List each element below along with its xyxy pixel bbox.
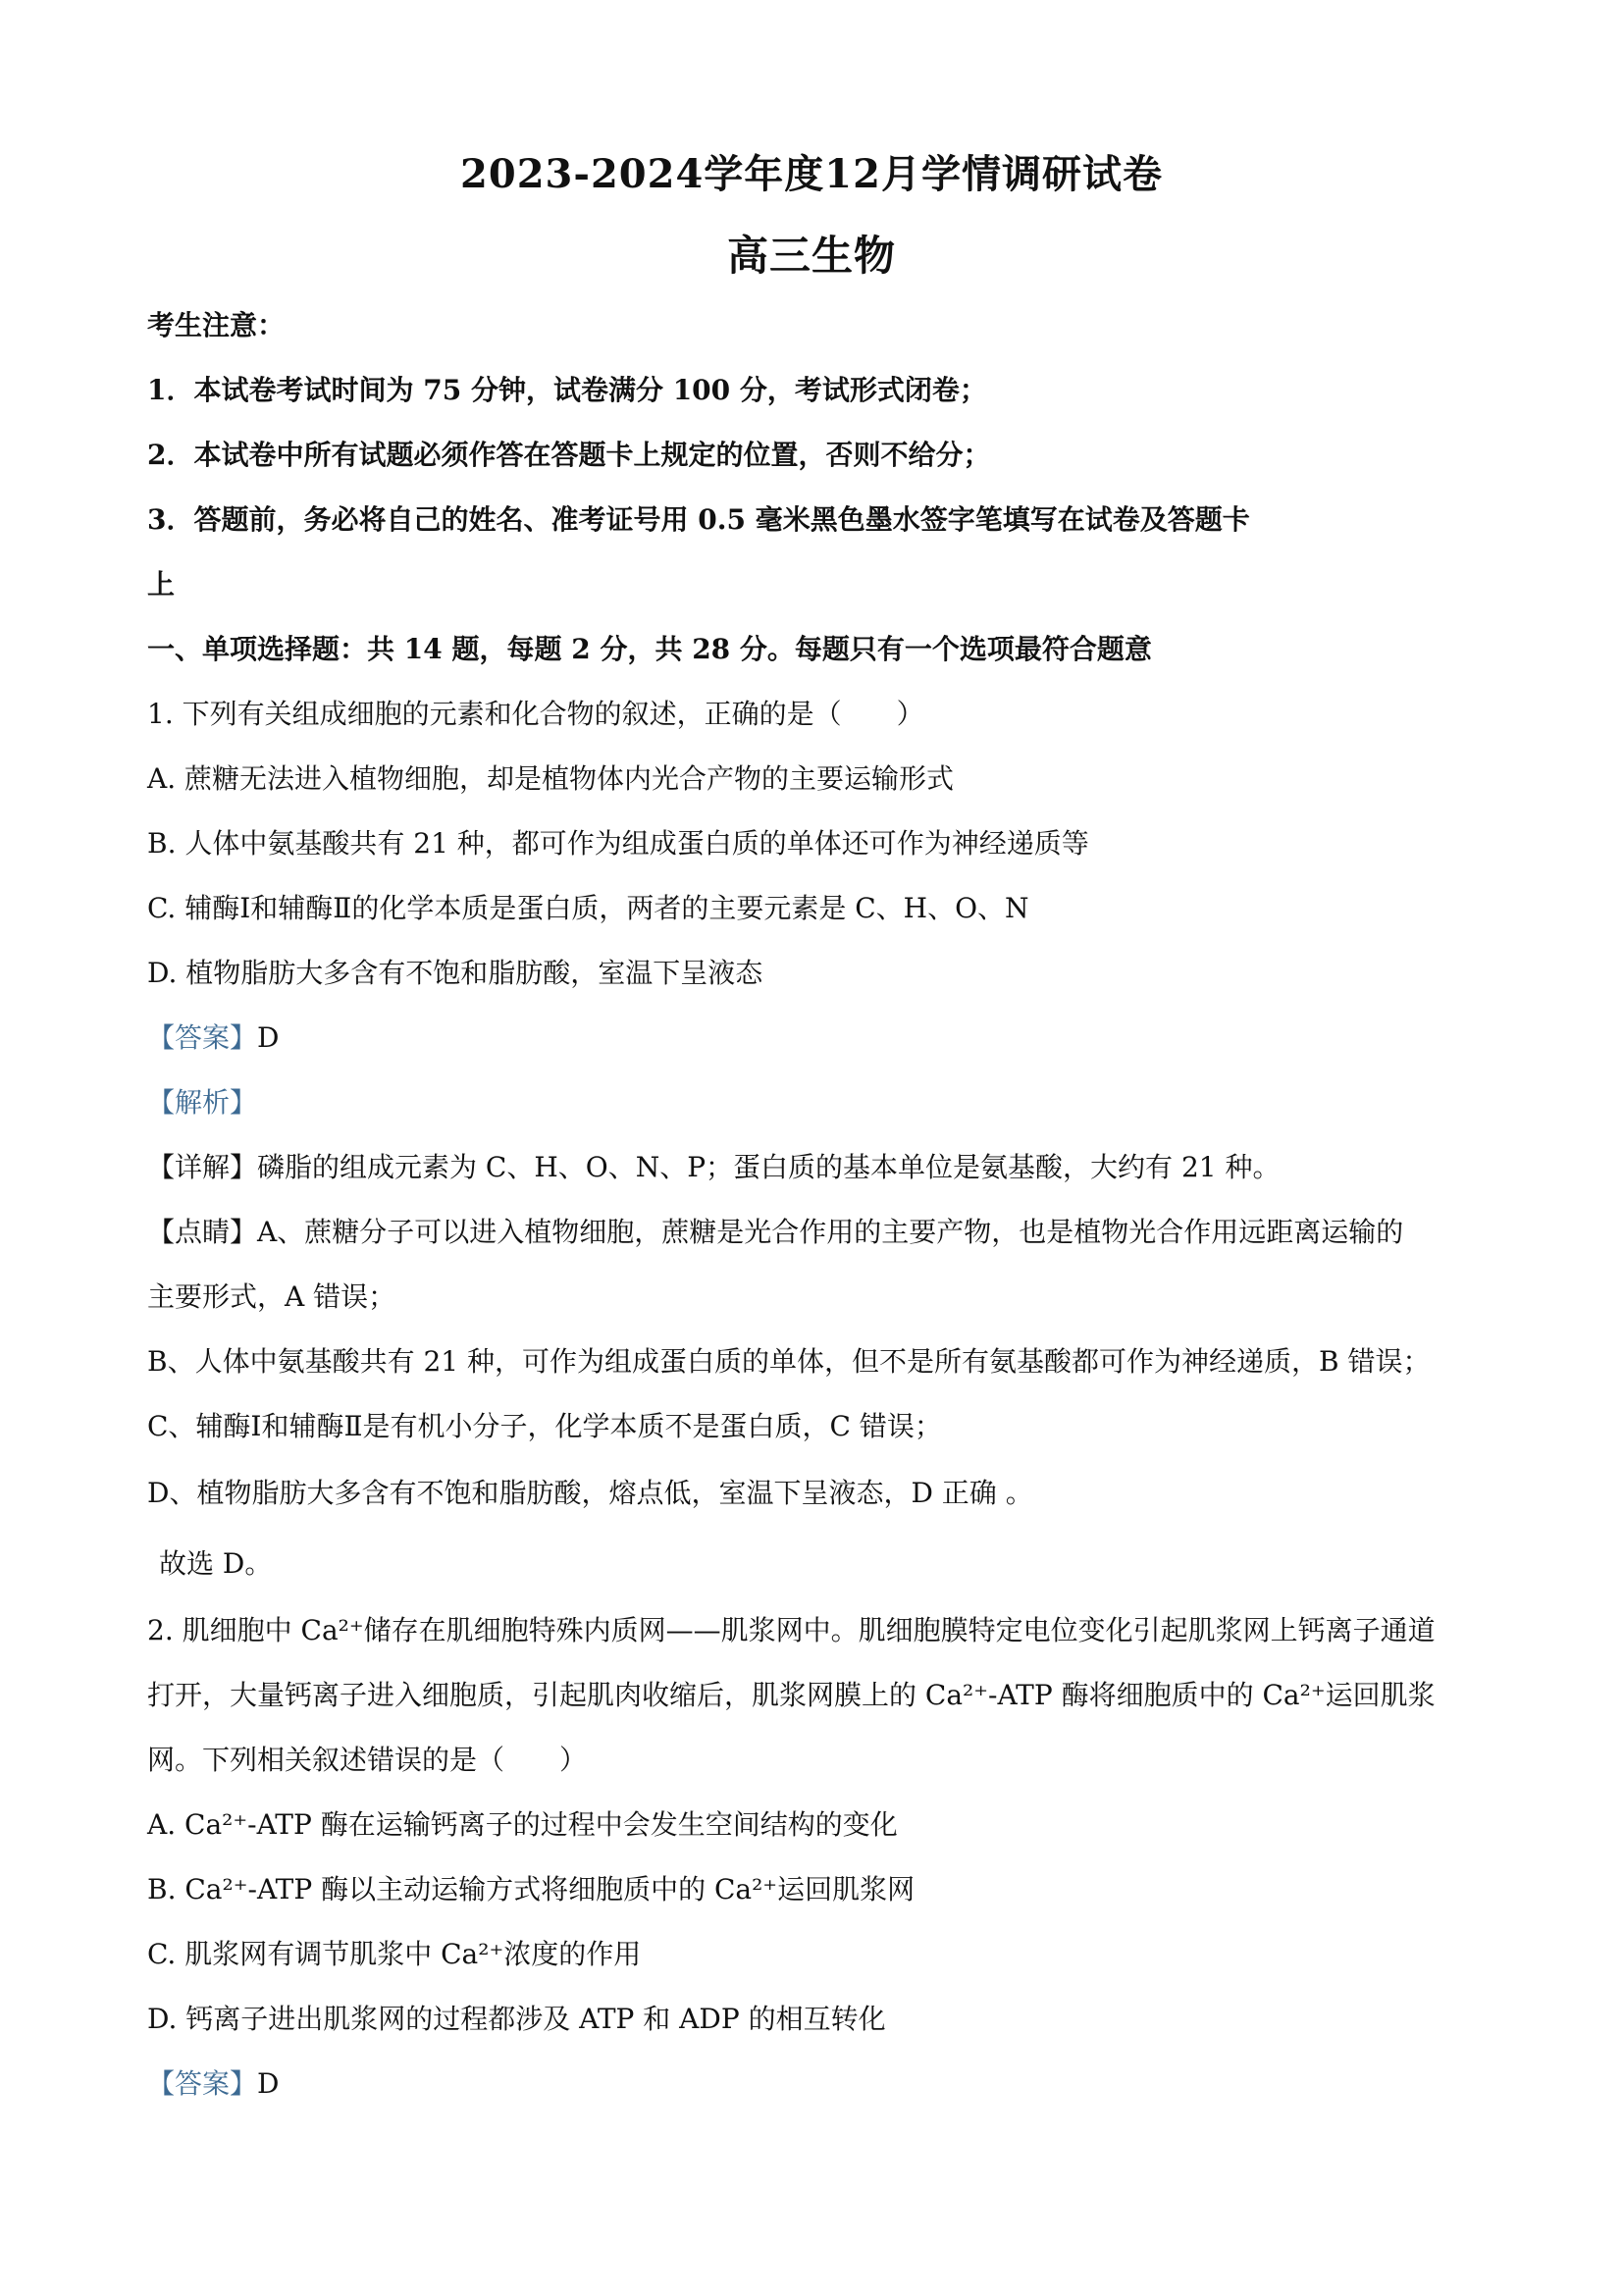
question-2-option-d: D. 钙离子进出肌浆网的过程都涉及 ATP 和 ADP 的相互转化 xyxy=(147,2000,886,2039)
question-1-option-b: B. 人体中氨基酸共有 21 种，都可作为组成蛋白质的单体还可作为神经递质等 xyxy=(147,824,1089,863)
comment-label: 【点睛】 xyxy=(147,1216,257,1248)
notice-item-2: 2．本试卷中所有试题必须作答在答题卡上规定的位置，否则不给分； xyxy=(147,436,991,475)
question-1-option-a: A. 蔗糖无法进入植物细胞，却是植物体内光合产物的主要运输形式 xyxy=(147,759,954,799)
question-1-option-d: D. 植物脂肪大多含有不饱和脂肪酸，室温下呈液态 xyxy=(147,954,762,993)
answer-label: 【答案】 xyxy=(147,1021,257,1054)
notice-heading: 考生注意： xyxy=(147,306,285,345)
question-1-comment: 【点睛】A、蔗糖分子可以进入植物细胞，蔗糖是光合作用的主要产物，也是植物光合作用… xyxy=(147,1213,1403,1252)
question-1-detail: 【详解】磷脂的组成元素为 C、H、O、N、P；蛋白质的基本单位是氨基酸，大约有 … xyxy=(147,1148,1281,1187)
question-1-comment-line-3: B、人体中氨基酸共有 21 种，可作为组成蛋白质的单体，但不是所有氨基酸都可作为… xyxy=(147,1342,1431,1382)
detail-text: 磷脂的组成元素为 C、H、O、N、P；蛋白质的基本单位是氨基酸，大约有 21 种… xyxy=(257,1151,1280,1183)
question-2-stem-line-3: 网。下列相关叙述错误的是（ ） xyxy=(147,1741,587,1780)
notice-item-3-cont: 上 xyxy=(147,565,175,604)
question-1-answer: 【答案】D xyxy=(147,1018,279,1058)
notice-item-1: 1．本试卷考试时间为 75 分钟，试卷满分 100 分，考试形式闭卷； xyxy=(147,371,987,410)
question-1-analysis: 【解析】 xyxy=(147,1083,257,1122)
question-2-answer: 【答案】D xyxy=(147,2064,279,2104)
comment-text-1: A、蔗糖分子可以进入植物细胞，蔗糖是光合作用的主要产物，也是植物光合作用远距离运… xyxy=(257,1216,1403,1248)
exam-page: 2023-2024学年度12月学情调研试卷 高三生物 考生注意： 1．本试卷考试… xyxy=(0,0,1623,2296)
question-1-option-c: C. 辅酶Ⅰ和辅酶Ⅱ的化学本质是蛋白质，两者的主要元素是 C、H、O、N xyxy=(147,889,1029,928)
question-1-conclusion: 故选 D。 xyxy=(159,1544,272,1584)
question-2-stem-line-2: 打开，大量钙离子进入细胞质，引起肌肉收缩后，肌浆网膜上的 Ca²⁺-ATP 酶将… xyxy=(147,1676,1436,1715)
question-2-option-a: A. Ca²⁺-ATP 酶在运输钙离子的过程中会发生空间结构的变化 xyxy=(147,1805,898,1845)
exam-subject: 高三生物 xyxy=(0,224,1623,283)
answer-label: 【答案】 xyxy=(147,2067,257,2100)
question-1-comment-line-2: 主要形式，A 错误； xyxy=(147,1278,395,1317)
answer-value: D xyxy=(257,1021,279,1054)
question-2-option-c: C. 肌浆网有调节肌浆中 Ca²⁺浓度的作用 xyxy=(147,1935,641,1974)
question-1-stem: 1. 下列有关组成细胞的元素和化合物的叙述，正确的是（ ） xyxy=(147,695,924,734)
answer-value: D xyxy=(257,2067,279,2100)
question-1-comment-line-4: C、辅酶Ⅰ和辅酶Ⅱ是有机小分子，化学本质不是蛋白质，C 错误； xyxy=(147,1407,942,1446)
section-heading: 一、单项选择题：共 14 题，每题 2 分，共 28 分。每题只有一个选项最符合… xyxy=(147,630,1152,669)
question-2-stem-line-1: 2. 肌细胞中 Ca²⁺储存在肌细胞特殊内质网——肌浆网中。肌细胞膜特定电位变化… xyxy=(147,1611,1436,1650)
analysis-label: 【解析】 xyxy=(147,1086,257,1119)
question-2-option-b: B. Ca²⁺-ATP 酶以主动运输方式将细胞质中的 Ca²⁺运回肌浆网 xyxy=(147,1870,915,1909)
detail-label: 【详解】 xyxy=(147,1151,257,1183)
notice-item-3: 3．答题前，务必将自己的姓名、准考证号用 0.5 毫米黑色墨水签字笔填写在试卷及… xyxy=(147,500,1250,540)
question-1-comment-line-5: D、植物脂肪大多含有不饱和脂肪酸，熔点低，室温下呈液态，D 正确 。 xyxy=(147,1474,1033,1513)
exam-title: 2023-2024学年度12月学情调研试卷 xyxy=(0,143,1623,199)
